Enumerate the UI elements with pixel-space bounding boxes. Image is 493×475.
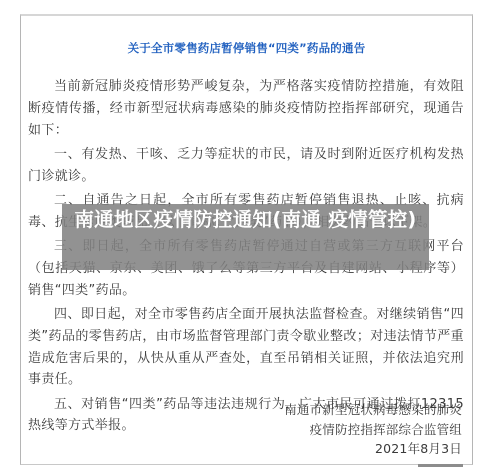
signature-block: 南通市新型冠状病毒感染的肺炎 疫情防控指挥部综合监管组 2021年8月3日 bbox=[284, 400, 462, 459]
notice-title: 关于全市零售药店暂停销售“四类”药品的通告 bbox=[0, 40, 493, 56]
caption-overlay: 南通地区疫情防控通知(南通 疫情管控) bbox=[62, 204, 429, 270]
issuer-line-1: 南通市新型冠状病毒感染的肺炎 bbox=[284, 400, 462, 420]
item-1-paragraph: 一、有发热、干咳、乏力等症状的市民，请及时到附近医疗机构发热门诊就诊。 bbox=[28, 144, 464, 188]
overlay-caption: 南通地区疫情防控通知(南通 疫情管控) bbox=[68, 208, 423, 232]
scroll-indicator bbox=[418, 464, 463, 467]
intro-paragraph: 当前新冠肺炎疫情形势严峻复杂，为严格落实疫情防控措施，有效阻断疫情传播，经市新型… bbox=[28, 76, 464, 141]
issue-date: 2021年8月3日 bbox=[284, 439, 462, 459]
issuer-line-2: 疫情防控指挥部综合监管组 bbox=[284, 420, 462, 440]
item-4-paragraph: 四、即日起，对全市零售药店全面开展执法监督检查。对继续销售“四类”药品的零售药店… bbox=[28, 304, 464, 391]
